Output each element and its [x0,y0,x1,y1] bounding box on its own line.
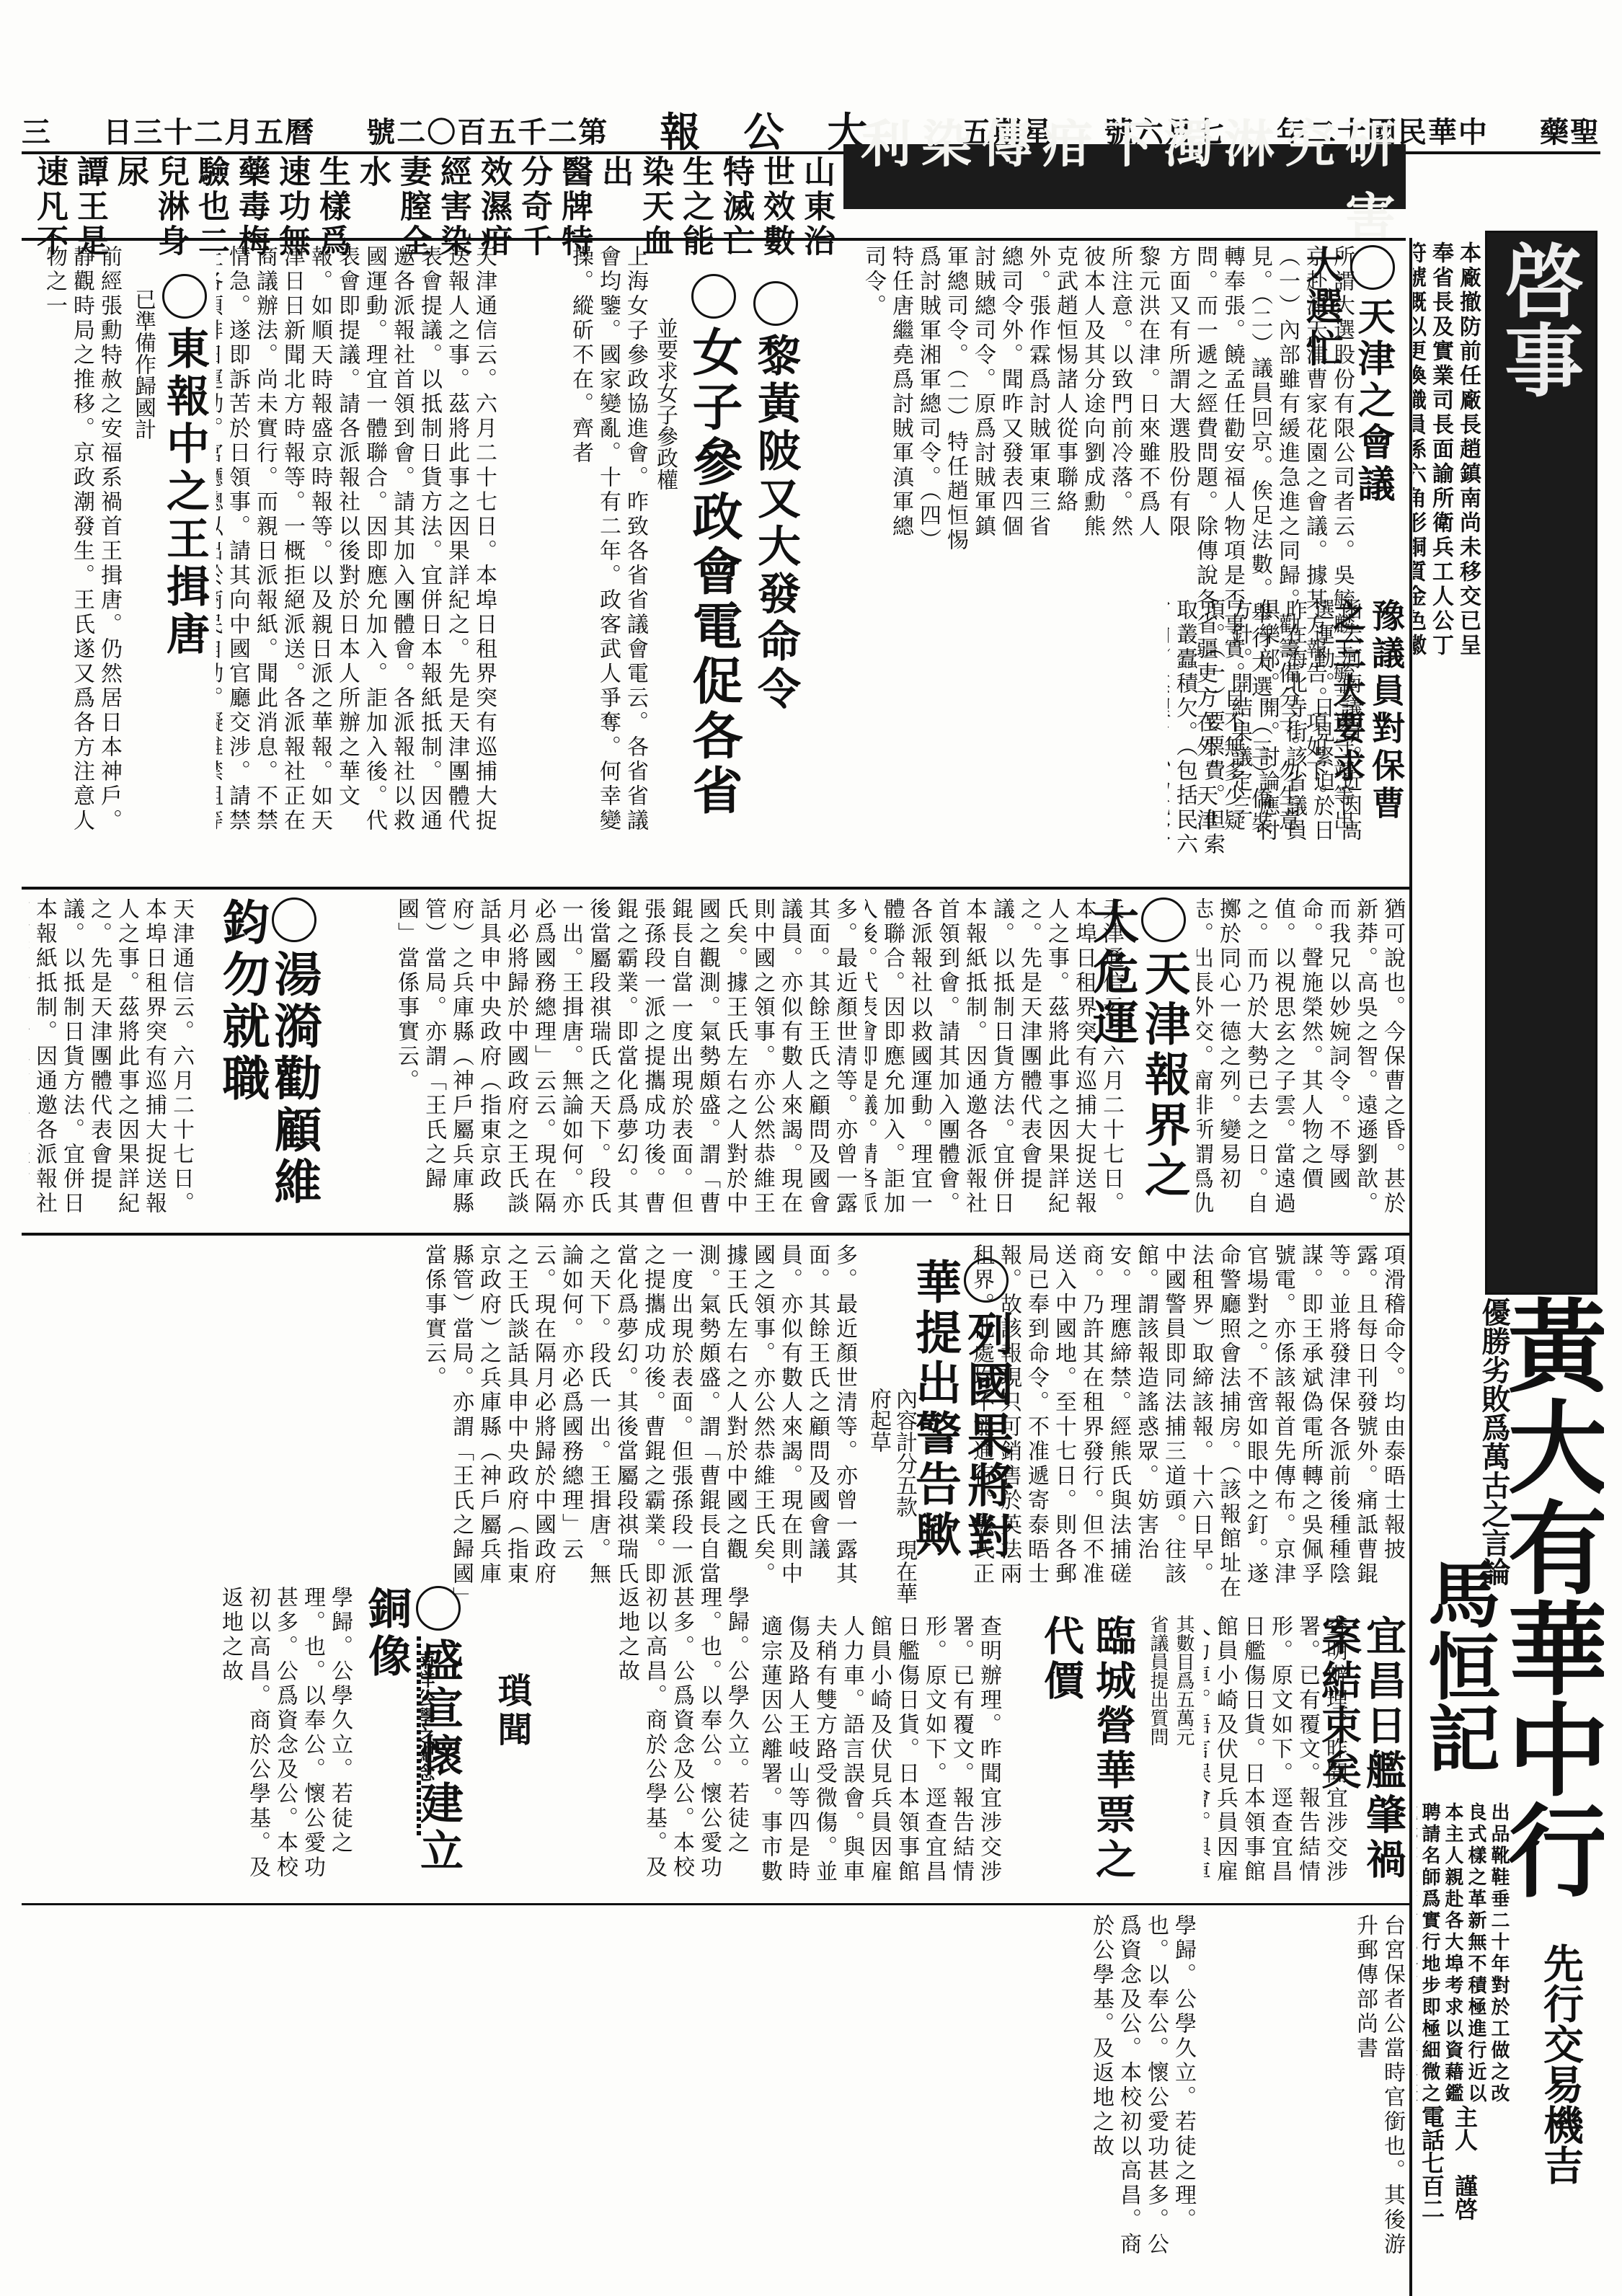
article-subheading: 內容計分五款 現在華府起草 [865,1388,917,1604]
masthead-corner: 聖藥 [1540,110,1600,151]
article-body-bottom: 學歸。公學久立。若徒之理。也。以奉公。懷公愛功甚多。公爲資念及公。本校初以高昌。… [29,1914,1197,2274]
article-powers-warning: 列國果將對華提出警告歟 內容計分五款 現在華府起草 項滑稽命令。均由泰晤士報披露… [865,1244,1406,1604]
circle-marker-icon [691,274,736,319]
ad-line: 山東治世效數特滅亡生之能染天血出 [596,155,835,259]
right-ad-banner-box: 湖南黑鉛鍊廠廠長彭與同業要啓事 [1485,231,1597,1295]
article-body: 前經張勳特赦之安福系禍首王揖唐。仍然居日本神戶。靜觀時局之推移。京政潮發生。王氏… [29,245,123,851]
article-headline: 臨城營華票之代價 [1035,1615,1139,1903]
circle-marker-icon [753,281,798,326]
article-henan-deputies: 豫議員對保曹之三大要求 函云河南議員。近因高選運動。日見緊迫於日昨在海北寺街該省… [1168,598,1406,858]
article-yichang-continued: 台宮保者公當時官銜也。其後游升郵傳部尚書 [1204,1914,1406,2274]
article-body: 黎元洪在津。日來雖不爲人所注意。以致門前冷落。然彼本人及其分途向劉成勳熊克武趙恒… [807,245,1161,562]
article-body: 學歸。公學久立。若徒之理。也。以奉公。懷公愛功甚多。公爲資念及公。本校初以高昌。… [461,1586,750,1903]
ad-slogan: 優勝劣敗爲萬古之言論 [1477,1298,1510,1586]
ma-heng-ji-panel: 優勝劣敗爲萬古之言論 馬恒記 出品靴鞋垂二十年對於工做之改良式樣之革新無不積極進… [1417,1298,1510,2235]
article-body-continued: 天津通信云。六月二十七日。本埠日租界突有巡捕大捉送報人之事。茲將此事之因果詳紀之… [29,897,195,1229]
page-number: 三 [22,110,52,151]
article-li-huangpi: 黎黃陂又大發命令 黎元洪在津。日來雖不爲人所注意。以致門前冷落。然彼本人及其分途… [750,245,1161,851]
article-subheading: 其數目爲五萬元 省議員提出質問 [1145,1615,1197,1759]
right-ad-text: 本廠撤防前任廠長趙鎮南尚未移交已呈奉省長及實業司長面諭所衛兵工人公丁符號概以更換… [1413,241,1481,674]
article-wang-yitang: 東報中之王揖唐 已準備作歸國計 前經張勳特赦之安福系禍首王揖唐。仍然居日本神戶。… [29,245,497,851]
ad-body: 出品靴鞋垂二十年對於工做之改良式樣之革新無不積極進行近以本主人親赴各大埠考求以資… [1417,1802,1510,2105]
newspaper-page: 聖藥 中華民國十二年 七月六號 星期五 大公報 第二千五百〇二號 曆五月二十三日… [0,0,1622,2296]
article-body: 函云河南議員。近因高選運動。日見緊迫於日昨在海北寺街該省議員俱樂部。開。討論應付… [1168,598,1362,858]
circle-marker-icon [1141,897,1186,942]
divider [22,887,1409,890]
article-tianjin-press: 天津報界之大危運 天津通信云。六月二十七日。本埠日租界突有巡捕大捉送報人之事。茲… [865,897,1189,1229]
divider [22,1903,1409,1905]
article-body: 多。最近顏世清等。亦曾一露其面。其餘王氏之顧問及國會議員。亦似有數人來謁。現在則… [281,897,858,1229]
ad-shop-name: 馬恒記 [1417,1557,1510,1773]
article-body: 項滑稽命令。均由泰晤士報披露。且每日刊發號外。痛詆曹錕等。並將發津保各派前後種種… [973,1244,1406,1604]
article-yichang: 宜昌日艦肇禍案結束矣 查明辦理。昨聞宜涉交涉署。已有覆文。報告結情形。原文如下。… [1204,1615,1406,1903]
circle-marker-icon [1350,245,1395,290]
issue-number: 第二千五百〇二號 [366,110,608,151]
article-headline: 女子參政會電促各省 [685,274,743,819]
column-rule [1409,238,1412,2296]
article-body: 上海女子參政協進會。昨致各省省議會電云。各省省議會均鑒。國家變亂。十有二年。政客… [505,245,649,851]
article-lincheng: 臨城營華票之代價 其數目爲五萬元 省議員提出質問 [1009,1615,1197,1903]
ad-line: 生樣爲速功無藥毒梅驗也二兒淋身尿 [112,155,350,259]
divider [22,238,1406,241]
article-headline: 黎黃陂又大發命令 [750,281,802,714]
ad-owner: 主人 謹啓 電話七百二十八 [1417,2105,1481,2235]
ad-line: 醫牌特分奇千效濕疳經害染妻膣全水 [354,155,593,259]
article-sheng-xuanhuai: 盛宣懷建立銅像 南洋公學之紀念 瑣聞 學歸。公學久立。若徒之理。也。以奉公。懷公… [360,1586,750,1903]
top-ad-banner: 研究淋濁下疳傳染利害 [843,144,1406,209]
article-women-suffrage: 女子參政會電促各省 並要求女子參政權 上海女子參政協進會。昨致各省省議會電云。各… [505,245,743,851]
article-headline: 東報中之王揖唐 [159,274,210,659]
wavy-rule [417,1636,421,1838]
article-tang-yi: 湯漪勸顧維鈞勿就職 多。最近顏世清等。亦曾一露其面。其餘王氏之顧問及國會議員。亦… [202,897,858,1229]
circle-marker-icon [416,1586,461,1631]
article-body: 天津通信云。六月二十七日。本埠日租界突有巡捕大捉送報人之事。茲將此事之因果詳紀之… [865,897,1125,1229]
article-body-continued: 學歸。公學久立。若徒之理。也。以奉公。懷公愛功甚多。公爲資念及公。本校初以高昌。… [29,1586,353,1903]
ad-line: 譚王是速凡不淡梅毒淋今代子漏梅後 [29,155,108,259]
editorial-body: 猶可說也。今保曹之昏。甚於新莽。高吳之智。遠遜劉歆。而我兄以妙婉詞令。不辱國命。… [1197,897,1406,1229]
article-subheading: 並要求女子參政權 [652,317,678,533]
article-body: 天津通信云。六月二十七日。本埠日租界突有巡捕大捉送報人之事。茲將此事之因果詳紀之… [216,245,497,851]
article-subheading: 已準備作歸國計 [130,288,156,577]
article-body: 查明辦理。昨聞宜涉交涉署。已有覆文。報告結情形。原文如下。逕查宜昌日艦傷日貨。日… [1204,1615,1348,1903]
lunar-date: 曆五月二十三日 [103,110,315,151]
article-body-continued: 查明辦理。昨聞宜涉交涉署。已有覆文。報告結情形。原文如下。逕查宜昌日艦傷日貨。日… [757,1615,1002,1903]
divider [22,1233,1409,1236]
article-body-continued: 多。最近顏世清等。亦曾一露其面。其餘王氏之顧問及國會議員。亦似有數人來謁。現在則… [29,1244,858,1604]
circle-marker-icon [162,274,207,319]
right-ad-banner: 湖南黑鉛鍊廠廠長彭與同業要啓事 [1487,240,1597,1285]
